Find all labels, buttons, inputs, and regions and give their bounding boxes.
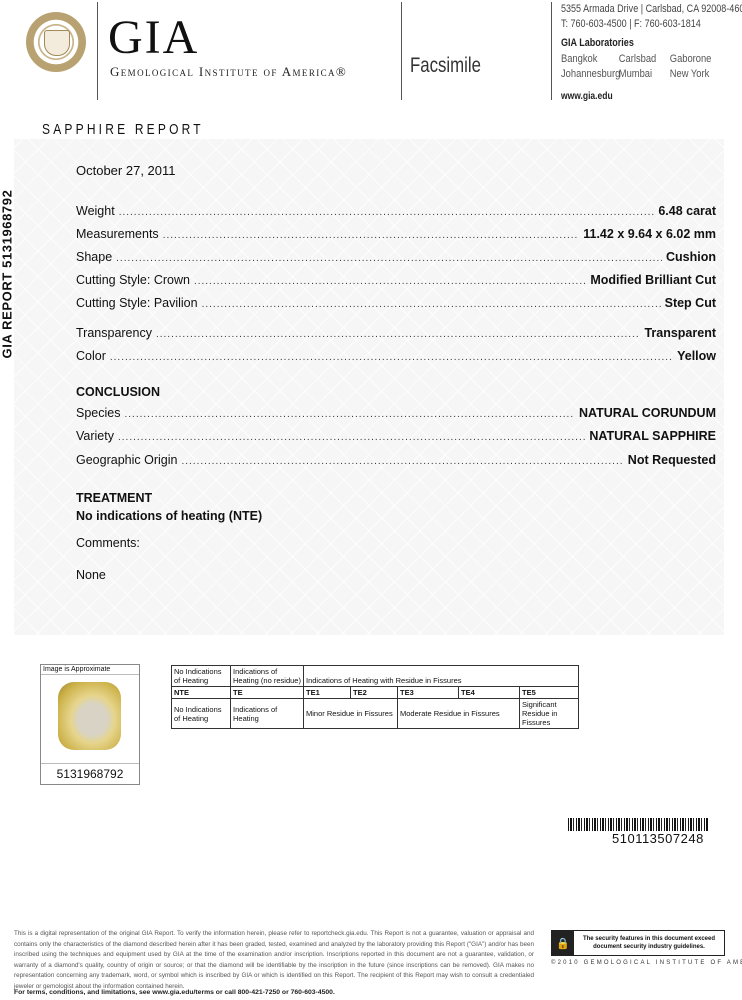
website-link[interactable]: www.gia.edu [561, 91, 613, 102]
gem-image-box: Image is Approximate 5131968792 [40, 664, 140, 785]
detail-value: 11.42 x 9.64 x 6.02 mm [583, 227, 716, 241]
code-cell: TE [231, 687, 304, 699]
labs-list: Bangkok Carlsbad Gaborone Johannesburg M… [561, 52, 721, 82]
detail-value: Transparent [644, 326, 716, 340]
terms-text: For terms, conditions, and limitations, … [14, 989, 335, 996]
description-cell: Significant Residue in Fissures [520, 699, 579, 729]
lab-location: Mumbai [619, 67, 670, 82]
labs-title: GIA Laboratories [561, 37, 634, 49]
leader-dots [181, 456, 623, 467]
detail-label: Measurements [76, 227, 159, 241]
image-caption: Image is Approximate [41, 665, 139, 675]
lab-location: Johannesburg [561, 67, 619, 82]
address: 5355 Armada Drive | Carlsbad, CA 92008-4… [561, 2, 742, 32]
gia-logo-text: GIA [108, 14, 199, 62]
detail-row-shape: ShapeCushion [76, 250, 716, 264]
detail-label: Shape [76, 250, 112, 264]
lab-location: New York [670, 67, 721, 82]
table-row: NTE TE TE1 TE2 TE3 TE4 TE5 [172, 687, 579, 699]
table-header-cell: No Indications of Heating [172, 666, 231, 687]
code-cell: TE1 [304, 687, 351, 699]
treatment-heading: TREATMENT [76, 491, 152, 505]
address-line: 5355 Armada Drive | Carlsbad, CA 92008-4… [561, 2, 742, 17]
detail-label: Cutting Style: Pavilion [76, 296, 198, 310]
detail-row-transparency: TransparencyTransparent [76, 326, 716, 340]
detail-value: Modified Brilliant Cut [590, 273, 716, 287]
divider [401, 2, 402, 100]
lab-location: Gaborone [670, 52, 721, 67]
description-cell: Minor Residue in Fissures [304, 699, 398, 729]
table-row: No Indications of Heating Indications of… [172, 666, 579, 687]
comments-value: None [76, 568, 106, 582]
comments-label: Comments: [76, 536, 140, 550]
code-cell: TE2 [351, 687, 398, 699]
leader-dots [118, 432, 585, 443]
report-date: October 27, 2011 [76, 163, 176, 178]
code-cell: TE4 [459, 687, 520, 699]
treatment-value: No indications of heating (NTE) [76, 509, 262, 523]
leader-dots [116, 253, 662, 264]
conclusion-value: NATURAL CORUNDUM [579, 406, 716, 420]
description-cell: No Indications of Heating [172, 699, 231, 729]
divider [551, 2, 552, 100]
detail-value: Cushion [666, 250, 716, 264]
divider [97, 2, 98, 100]
copyright: ©2010 GEMOLOGICAL INSTITUTE OF AMERICA, … [551, 960, 742, 966]
crest-icon [44, 30, 70, 56]
side-report-id: GIA REPORT 5131968792 [0, 199, 15, 359]
leader-dots [163, 230, 580, 241]
detail-value: Yellow [677, 349, 716, 363]
treatment-scale-table: No Indications of Heating Indications of… [171, 665, 579, 729]
conclusion-label: Species [76, 406, 120, 420]
conclusion-value: NATURAL SAPPHIRE [589, 429, 716, 443]
detail-label: Weight [76, 204, 115, 218]
leader-dots [119, 207, 655, 218]
barcode [568, 818, 708, 831]
detail-value: Step Cut [665, 296, 716, 310]
description-cell: Moderate Residue in Fissures [398, 699, 520, 729]
lab-location: Bangkok [561, 52, 619, 67]
table-header-cell: Indications of Heating (no residue) [231, 666, 304, 687]
leader-dots [194, 276, 586, 287]
table-header-cell: Indications of Heating with Residue in F… [304, 666, 579, 687]
code-cell: NTE [172, 687, 231, 699]
detail-value: 6.48 carat [658, 204, 716, 218]
report-title: SAPPHIRE REPORT [42, 121, 204, 138]
gem-image [58, 682, 121, 750]
description-cell: Indications of Heating [231, 699, 304, 729]
leader-dots [110, 352, 673, 363]
detail-row-measurements: Measurements11.42 x 9.64 x 6.02 mm [76, 227, 716, 241]
conclusion-label: Geographic Origin [76, 453, 177, 467]
conclusion-row-variety: VarietyNATURAL SAPPHIRE [76, 429, 716, 443]
detail-label: Color [76, 349, 106, 363]
code-cell: TE3 [398, 687, 459, 699]
report-number: 5131968792 [41, 763, 139, 784]
lab-location: Carlsbad [619, 52, 670, 67]
security-notice: 🔒 The security features in this document… [551, 930, 725, 956]
detail-row-color: ColorYellow [76, 349, 716, 363]
institute-name: Gemological Institute of America® [110, 64, 347, 80]
conclusion-heading: CONCLUSION [76, 385, 160, 399]
conclusion-row-origin: Geographic OriginNot Requested [76, 453, 716, 467]
detail-row-crown: Cutting Style: CrownModified Brilliant C… [76, 273, 716, 287]
table-row: No Indications of Heating Indications of… [172, 699, 579, 729]
detail-row-weight: Weight6.48 carat [76, 204, 716, 218]
lock-icon: 🔒 [552, 931, 574, 955]
phone-line: T: 760-603-4500 | F: 760-603-1814 [561, 17, 742, 32]
conclusion-label: Variety [76, 429, 114, 443]
leader-dots [202, 299, 661, 310]
code-cell: TE5 [520, 687, 579, 699]
conclusion-row-species: SpeciesNATURAL CORUNDUM [76, 406, 716, 420]
detail-label: Transparency [76, 326, 152, 340]
leader-dots [156, 329, 640, 340]
detail-label: Cutting Style: Crown [76, 273, 190, 287]
conclusion-value: Not Requested [628, 453, 716, 467]
security-text: The security features in this document e… [574, 931, 724, 955]
barcode-number: 510113507248 [612, 831, 704, 846]
facsimile-label: Facsimile [410, 54, 481, 78]
disclaimer-text: This is a digital representation of the … [14, 929, 534, 992]
leader-dots [124, 409, 574, 420]
detail-row-pavilion: Cutting Style: PavilionStep Cut [76, 296, 716, 310]
